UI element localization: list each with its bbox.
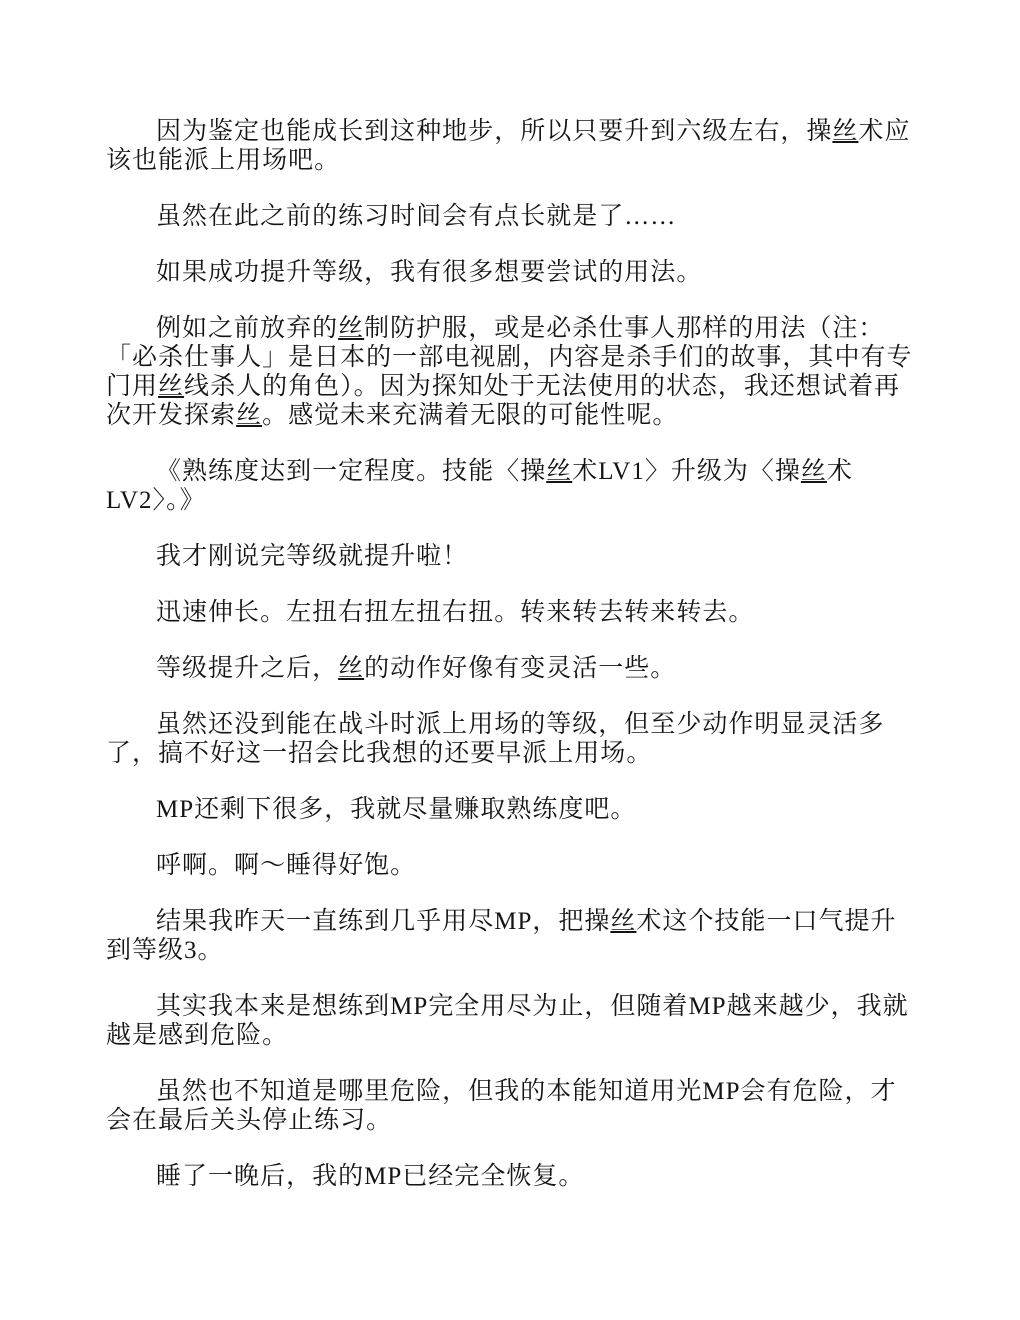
underlined-char: 丝 [338, 315, 364, 342]
paragraph: 虽然还没到能在战斗时派上用场的等级，但至少动作明显灵活多 了，搞不好这一招会比我… [106, 710, 922, 768]
paragraph: 虽然也不知道是哪里危险，但我的本能知道用光MP会有危险，才 会在最后关头停止练习… [106, 1077, 922, 1135]
underlined-char: 丝 [338, 655, 364, 682]
document-page: 因为鉴定也能成长到这种地步，所以只要升到六级左右，操丝术应 该也能派上用场吧。虽… [0, 0, 1020, 1320]
paragraph: 例如之前放弃的丝制防护服，或是必杀仕事人那样的用法（注： 「必杀仕事人」是日本的… [106, 314, 922, 430]
underlined-char: 丝 [236, 402, 262, 429]
underlined-char: 丝 [801, 458, 827, 485]
paragraph: 迅速伸长。左扭右扭左扭右扭。转来转去转来转去。 [106, 598, 922, 627]
paragraph: 睡了一晚后，我的MP已经完全恢复。 [106, 1162, 922, 1191]
paragraph: 其实我本来是想练到MP完全用尽为止，但随着MP越来越少，我就 越是感到危险。 [106, 992, 922, 1050]
paragraph: MP还剩下很多，我就尽量赚取熟练度吧。 [106, 795, 922, 824]
paragraph: 等级提升之后，丝的动作好像有变灵活一些。 [106, 654, 922, 683]
paragraph: 结果我昨天一直练到几乎用尽MP，把操丝术这个技能一口气提升 到等级3。 [106, 907, 922, 965]
underlined-char: 丝 [158, 373, 184, 400]
underlined-char: 丝 [832, 118, 858, 145]
paragraph: 呼啊。啊～睡得好饱。 [106, 851, 922, 880]
underlined-char: 丝 [610, 908, 636, 935]
underlined-char: 丝 [546, 458, 572, 485]
paragraph: 虽然在此之前的练习时间会有点长就是了…… [106, 202, 922, 231]
paragraph: 我才刚说完等级就提升啦！ [106, 542, 922, 571]
document-body: 因为鉴定也能成长到这种地步，所以只要升到六级左右，操丝术应 该也能派上用场吧。虽… [106, 117, 922, 1191]
paragraph: 如果成功提升等级，我有很多想要尝试的用法。 [106, 258, 922, 287]
paragraph: 因为鉴定也能成长到这种地步，所以只要升到六级左右，操丝术应 该也能派上用场吧。 [106, 117, 922, 175]
paragraph: 《熟练度达到一定程度。技能〈操丝术LV1〉升级为〈操丝术 LV2〉。》 [106, 457, 922, 515]
